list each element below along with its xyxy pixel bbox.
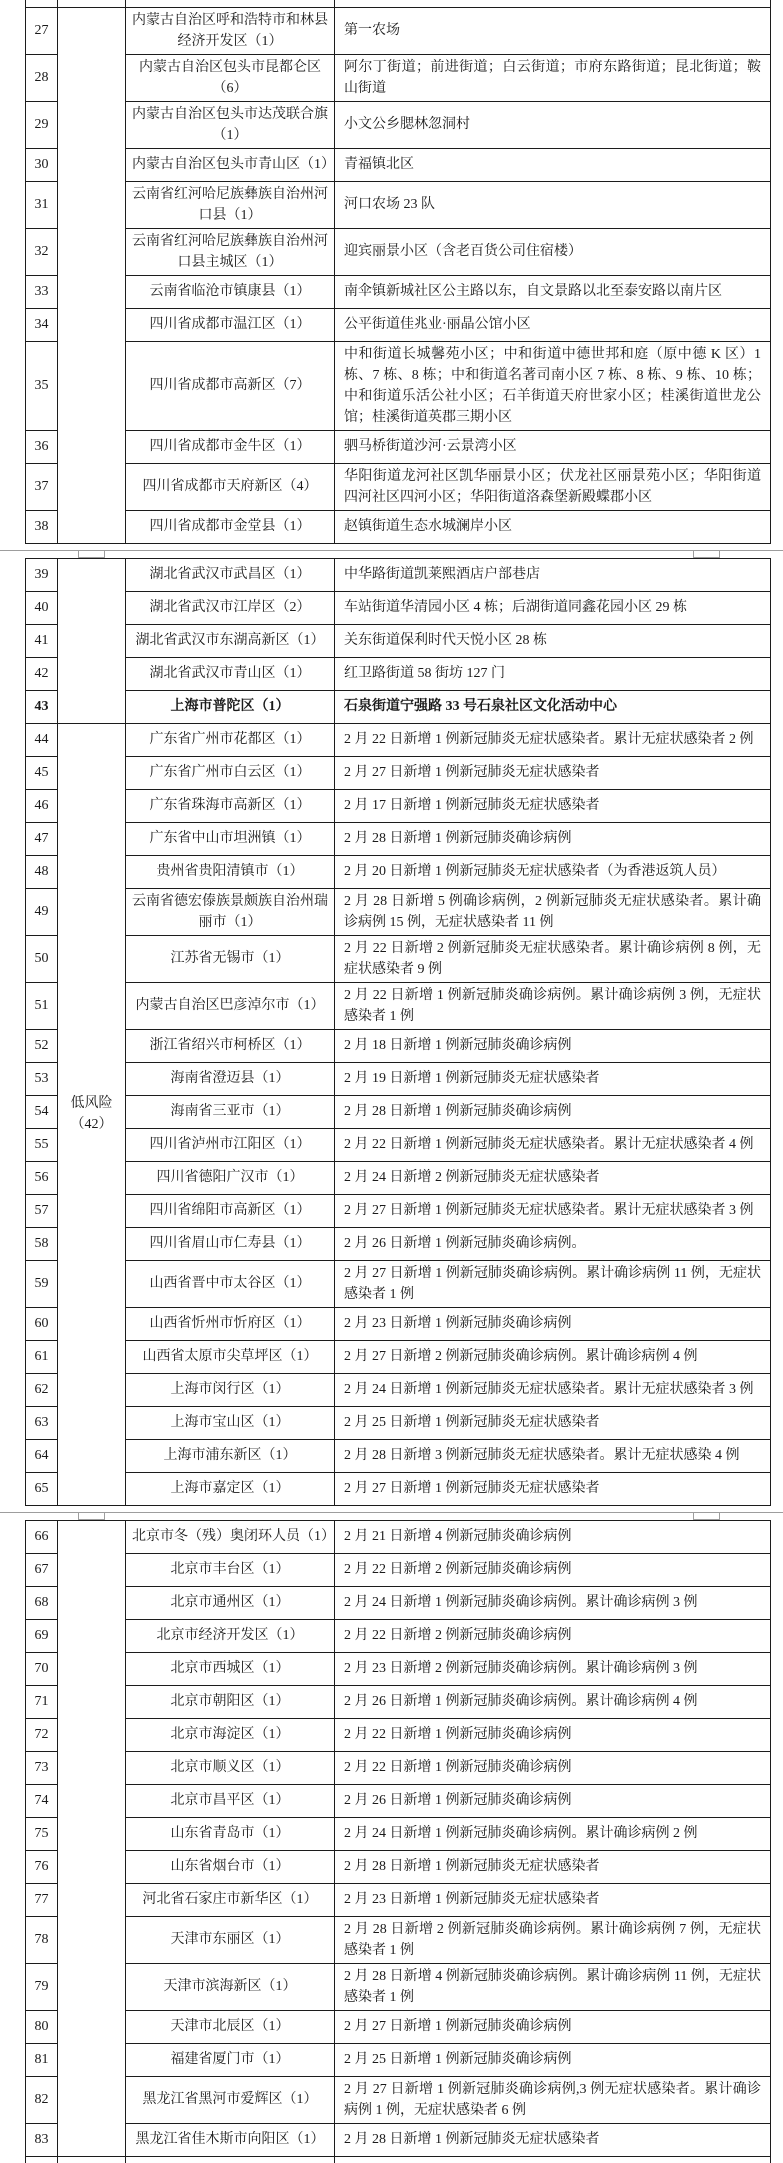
detail-cell: 2 月 24 日新增 1 例新冠肺炎确诊病例。累计确诊病例 3 例 [335,1586,771,1619]
row-number-cell: 35 [26,341,58,430]
area-name-cell: 天津市滨海新区（1） [126,1963,335,2010]
table-row: 52浙江省绍兴市柯桥区（1）2 月 18 日新增 1 例新冠肺炎确诊病例 [26,1029,771,1062]
partial-detail-cell [335,2156,771,2163]
detail-cell: 2 月 27 日新增 1 例新冠肺炎无症状感染者 [335,756,771,789]
table-row: 36四川省成都市金牛区（1）驷马桥街道沙河·云景湾小区 [26,430,771,463]
table-row: 69北京市经济开发区（1）2 月 22 日新增 2 例新冠肺炎确诊病例 [26,1619,771,1652]
detail-cell: 石泉街道宁强路 33 号石泉社区文化活动中心 [335,690,771,723]
detail-cell: 2 月 23 日新增 1 例新冠肺炎无症状感染者 [335,1883,771,1916]
area-name-cell: 北京市海淀区（1） [126,1718,335,1751]
detail-cell: 2 月 21 日新增 4 例新冠肺炎确诊病例 [335,1520,771,1553]
table-row: 82黑龙江省黑河市爱辉区（1）2 月 27 日新增 1 例新冠肺炎确诊病例,3 … [26,2076,771,2123]
table-row: 49云南省德宏傣族景颇族自治州瑞丽市（1）2 月 28 日新增 5 例确诊病例，… [26,888,771,935]
table-row: 54海南省三亚市（1）2 月 28 日新增 1 例新冠肺炎确诊病例 [26,1095,771,1128]
detail-cell: 2 月 27 日新增 1 例新冠肺炎无症状感染者。累计无症状感染者 3 例 [335,1194,771,1227]
area-name-cell: 四川省成都市天府新区（4） [126,463,335,510]
row-number-cell: 74 [26,1784,58,1817]
area-name-cell: 湖北省武汉市江岸区（2） [126,591,335,624]
row-number-cell: 36 [26,430,58,463]
row-number-cell: 77 [26,1883,58,1916]
row-number-cell: 80 [26,2010,58,2043]
area-name-cell: 内蒙古自治区包头市青山区（1） [126,148,335,181]
risk-category-cell [58,7,126,543]
row-number-cell: 52 [26,1029,58,1062]
table-row: 55四川省泸州市江阳区（1）2 月 22 日新增 1 例新冠肺炎无症状感染者。累… [26,1128,771,1161]
table-row: 38四川省成都市金堂县（1）赵镇街道生态水城澜岸小区 [26,510,771,543]
partial-area-name-cell [126,0,335,7]
area-name-cell: 黑龙江省黑河市爱辉区（1） [126,2076,335,2123]
detail-cell: 2 月 22 日新增 2 例新冠肺炎确诊病例 [335,1553,771,1586]
table-row: 45广东省广州市白云区（1）2 月 27 日新增 1 例新冠肺炎无症状感染者 [26,756,771,789]
table-row: 41湖北省武汉市东湖高新区（1）关东街道保利时代天悦小区 28 栋 [26,624,771,657]
detail-cell: 河口农场 23 队 [335,181,771,228]
detail-cell: 2 月 28 日新增 1 例新冠肺炎无症状感染者 [335,1850,771,1883]
risk-category-cell: 低风险（42） [58,723,126,1505]
detail-cell: 车站街道华清园小区 4 栋；后湖街道同鑫花园小区 29 栋 [335,591,771,624]
partial-row-below [26,2156,771,2163]
risk-category-cell [58,558,126,723]
table-row: 39湖北省武汉市武昌区（1）中华路街道凯莱熙酒店户部巷店 [26,558,771,591]
table-row: 61山西省太原市尖草坪区（1）2 月 27 日新增 2 例新冠肺炎确诊病例。累计… [26,1340,771,1373]
detail-cell: 2 月 28 日新增 3 例新冠肺炎无症状感染者。累计无症状感染 4 例 [335,1439,771,1472]
risk-category-cell [58,1520,126,2156]
page-break [0,1506,783,1520]
row-number-cell: 76 [26,1850,58,1883]
detail-cell: 2 月 28 日新增 4 例新冠肺炎确诊病例。累计确诊病例 11 例，无症状感染… [335,1963,771,2010]
table-row: 60山西省忻州市忻府区（1）2 月 23 日新增 1 例新冠肺炎确诊病例 [26,1307,771,1340]
row-number-cell: 53 [26,1062,58,1095]
table-row: 40湖北省武汉市江岸区（2）车站街道华清园小区 4 栋；后湖街道同鑫花园小区 2… [26,591,771,624]
area-name-cell: 江苏省无锡市（1） [126,935,335,982]
area-name-cell: 上海市浦东新区（1） [126,1439,335,1472]
row-number-cell: 27 [26,7,58,54]
area-name-cell: 贵州省贵阳清镇市（1） [126,855,335,888]
partial-category-cell [58,0,126,7]
area-name-cell: 山西省太原市尖草坪区（1） [126,1340,335,1373]
row-number-cell: 31 [26,181,58,228]
row-number-cell: 49 [26,888,58,935]
page-margin-marker-right [693,551,720,558]
row-number-cell: 48 [26,855,58,888]
detail-cell: 2 月 26 日新增 1 例新冠肺炎确诊病例 [335,1784,771,1817]
row-number-cell: 68 [26,1586,58,1619]
table-row: 73北京市顺义区（1）2 月 22 日新增 1 例新冠肺炎确诊病例 [26,1751,771,1784]
table-row: 70北京市西城区（1）2 月 23 日新增 2 例新冠肺炎确诊病例。累计确诊病例… [26,1652,771,1685]
area-name-cell: 上海市普陀区（1） [126,690,335,723]
area-name-cell: 海南省澄迈县（1） [126,1062,335,1095]
area-name-cell: 福建省厦门市（1） [126,2043,335,2076]
row-number-cell: 40 [26,591,58,624]
row-number-cell: 78 [26,1916,58,1963]
row-number-cell: 56 [26,1161,58,1194]
row-number-cell: 54 [26,1095,58,1128]
area-name-cell: 北京市朝阳区（1） [126,1685,335,1718]
row-number-cell: 83 [26,2123,58,2156]
row-number-cell: 63 [26,1406,58,1439]
area-name-cell: 四川省成都市金堂县（1） [126,510,335,543]
row-number-cell: 69 [26,1619,58,1652]
table-row: 30内蒙古自治区包头市青山区（1）青福镇北区 [26,148,771,181]
row-number-cell: 71 [26,1685,58,1718]
detail-cell: 2 月 24 日新增 1 例新冠肺炎无症状感染者。累计无症状感染者 3 例 [335,1373,771,1406]
table-row: 75山东省青岛市（1）2 月 24 日新增 1 例新冠肺炎确诊病例。累计确诊病例… [26,1817,771,1850]
detail-cell: 2 月 26 日新增 1 例新冠肺炎确诊病例。 [335,1227,771,1260]
table-row: 42湖北省武汉市青山区（1）红卫路街道 58 街坊 127 门 [26,657,771,690]
area-name-cell: 云南省德宏傣族景颇族自治州瑞丽市（1） [126,888,335,935]
table-row: 62上海市闵行区（1）2 月 24 日新增 1 例新冠肺炎无症状感染者。累计无症… [26,1373,771,1406]
page-margin-marker-right [693,1513,720,1520]
area-name-cell: 湖北省武汉市武昌区（1） [126,558,335,591]
detail-cell: 2 月 27 日新增 1 例新冠肺炎无症状感染者 [335,1472,771,1505]
table-row: 79天津市滨海新区（1）2 月 28 日新增 4 例新冠肺炎确诊病例。累计确诊病… [26,1963,771,2010]
area-name-cell: 天津市北辰区（1） [126,2010,335,2043]
area-name-cell: 广东省广州市花都区（1） [126,723,335,756]
area-name-cell: 上海市嘉定区（1） [126,1472,335,1505]
risk-area-table-section-2: 39湖北省武汉市武昌区（1）中华路街道凯莱熙酒店户部巷店40湖北省武汉市江岸区（… [25,558,771,1506]
table-row: 74北京市昌平区（1）2 月 26 日新增 1 例新冠肺炎确诊病例 [26,1784,771,1817]
table-row: 59山西省晋中市太谷区（1）2 月 27 日新增 1 例新冠肺炎确诊病例。累计确… [26,1260,771,1307]
detail-cell: 公平街道佳兆业·丽晶公馆小区 [335,308,771,341]
row-number-cell: 60 [26,1307,58,1340]
detail-cell: 2 月 28 日新增 1 例新冠肺炎确诊病例 [335,1095,771,1128]
page-margin-marker-left [78,1513,105,1520]
detail-cell: 青福镇北区 [335,148,771,181]
table-row: 65上海市嘉定区（1）2 月 27 日新增 1 例新冠肺炎无症状感染者 [26,1472,771,1505]
partial-area-name-cell [126,2156,335,2163]
area-name-cell: 湖北省武汉市东湖高新区（1） [126,624,335,657]
area-name-cell: 四川省成都市温江区（1） [126,308,335,341]
row-number-cell: 43 [26,690,58,723]
area-name-cell: 四川省成都市金牛区（1） [126,430,335,463]
detail-cell: 中和街道长城馨苑小区；中和街道中德世邦和庭（原中德 K 区）1 栋、7 栋、8 … [335,341,771,430]
area-name-cell: 北京市昌平区（1） [126,1784,335,1817]
detail-cell: 2 月 28 日新增 1 例新冠肺炎确诊病例 [335,822,771,855]
risk-area-table-section-1: 27内蒙古自治区呼和浩特市和林县经济开发区（1）第一农场28内蒙古自治区包头市昆… [25,0,771,544]
table-row: 68北京市通州区（1）2 月 24 日新增 1 例新冠肺炎确诊病例。累计确诊病例… [26,1586,771,1619]
area-name-cell: 内蒙古自治区呼和浩特市和林县经济开发区（1） [126,7,335,54]
table-row: 76山东省烟台市（1）2 月 28 日新增 1 例新冠肺炎无症状感染者 [26,1850,771,1883]
row-number-cell: 50 [26,935,58,982]
table-row: 77河北省石家庄市新华区（1）2 月 23 日新增 1 例新冠肺炎无症状感染者 [26,1883,771,1916]
detail-cell: 2 月 28 日新增 5 例确诊病例，2 例新冠肺炎无症状感染者。累计确诊病例 … [335,888,771,935]
area-name-cell: 湖北省武汉市青山区（1） [126,657,335,690]
area-name-cell: 山西省晋中市太谷区（1） [126,1260,335,1307]
detail-cell: 2 月 25 日新增 1 例新冠肺炎确诊病例 [335,2043,771,2076]
detail-cell: 2 月 23 日新增 1 例新冠肺炎确诊病例 [335,1307,771,1340]
table-row: 80天津市北辰区（1）2 月 27 日新增 1 例新冠肺炎确诊病例 [26,2010,771,2043]
row-number-cell: 29 [26,101,58,148]
table-row: 83黑龙江省佳木斯市向阳区（1）2 月 28 日新增 1 例新冠肺炎无症状感染者 [26,2123,771,2156]
page-break [0,544,783,558]
detail-cell: 南伞镇新城社区公主路以东，自文景路以北至泰安路以南片区 [335,275,771,308]
area-name-cell: 北京市西城区（1） [126,1652,335,1685]
row-number-cell: 38 [26,510,58,543]
row-number-cell: 45 [26,756,58,789]
risk-category-label: 低风险 [61,1093,122,1114]
row-number-cell: 59 [26,1260,58,1307]
table-row: 67北京市丰台区（1）2 月 22 日新增 2 例新冠肺炎确诊病例 [26,1553,771,1586]
risk-area-table-section-3: 66北京市冬（残）奥闭环人员（1）2 月 21 日新增 4 例新冠肺炎确诊病例6… [25,1520,771,2163]
detail-cell: 2 月 22 日新增 1 例新冠肺炎确诊病例 [335,1718,771,1751]
row-number-cell: 34 [26,308,58,341]
row-number-cell: 46 [26,789,58,822]
detail-cell: 2 月 28 日新增 2 例新冠肺炎确诊病例。累计确诊病例 7 例，无症状感染者… [335,1916,771,1963]
area-name-cell: 海南省三亚市（1） [126,1095,335,1128]
detail-cell: 2 月 23 日新增 2 例新冠肺炎确诊病例。累计确诊病例 3 例 [335,1652,771,1685]
area-name-cell: 黑龙江省佳木斯市向阳区（1） [126,2123,335,2156]
area-name-cell: 内蒙古自治区巴彦淖尔市（1） [126,982,335,1029]
row-number-cell: 70 [26,1652,58,1685]
row-number-cell: 82 [26,2076,58,2123]
detail-cell: 2 月 17 日新增 1 例新冠肺炎无症状感染者 [335,789,771,822]
row-number-cell: 37 [26,463,58,510]
row-number-cell: 73 [26,1751,58,1784]
table-row: 57四川省绵阳市高新区（1）2 月 27 日新增 1 例新冠肺炎无症状感染者。累… [26,1194,771,1227]
page-break-line [0,550,783,551]
partial-row-number-cell [26,2156,58,2163]
table-row: 32云南省红河哈尼族彝族自治州河口县主城区（1）迎宾丽景小区（含老百货公司住宿楼… [26,228,771,275]
area-name-cell: 四川省成都市高新区（7） [126,341,335,430]
table-row: 29内蒙古自治区包头市达茂联合旗（1）小文公乡腮林忽洞村 [26,101,771,148]
partial-row-number-cell [26,0,58,7]
detail-cell: 驷马桥街道沙河·云景湾小区 [335,430,771,463]
detail-cell: 2 月 27 日新增 2 例新冠肺炎确诊病例。累计确诊病例 4 例 [335,1340,771,1373]
detail-cell: 2 月 18 日新增 1 例新冠肺炎确诊病例 [335,1029,771,1062]
detail-cell: 红卫路街道 58 街坊 127 门 [335,657,771,690]
detail-cell: 2 月 24 日新增 2 例新冠肺炎无症状感染者 [335,1161,771,1194]
table-row: 43上海市普陀区（1）石泉街道宁强路 33 号石泉社区文化活动中心 [26,690,771,723]
row-number-cell: 33 [26,275,58,308]
detail-cell: 2 月 27 日新增 1 例新冠肺炎确诊病例。累计确诊病例 11 例，无症状感染… [335,1260,771,1307]
table-row: 50江苏省无锡市（1）2 月 22 日新增 2 例新冠肺炎无症状感染者。累计确诊… [26,935,771,982]
area-name-cell: 四川省绵阳市高新区（1） [126,1194,335,1227]
detail-cell: 阿尔丁街道；前进街道；白云街道；市府东路街道；昆北街道；鞍山街道 [335,54,771,101]
table-row: 37四川省成都市天府新区（4）华阳街道龙河社区凯华丽景小区；伏龙社区丽景苑小区；… [26,463,771,510]
area-name-cell: 北京市丰台区（1） [126,1553,335,1586]
detail-cell: 2 月 22 日新增 1 例新冠肺炎无症状感染者。累计无症状感染者 2 例 [335,723,771,756]
row-number-cell: 28 [26,54,58,101]
area-name-cell: 北京市顺义区（1） [126,1751,335,1784]
row-number-cell: 47 [26,822,58,855]
row-number-cell: 30 [26,148,58,181]
table-row: 31云南省红河哈尼族彝族自治州河口县（1）河口农场 23 队 [26,181,771,228]
row-number-cell: 44 [26,723,58,756]
detail-cell: 赵镇街道生态水城澜岸小区 [335,510,771,543]
table-row: 51内蒙古自治区巴彦淖尔市（1）2 月 22 日新增 1 例新冠肺炎确诊病例。累… [26,982,771,1029]
detail-cell: 2 月 27 日新增 1 例新冠肺炎确诊病例 [335,2010,771,2043]
table-row: 44低风险（42）广东省广州市花都区（1）2 月 22 日新增 1 例新冠肺炎无… [26,723,771,756]
detail-cell: 2 月 22 日新增 1 例新冠肺炎确诊病例。累计确诊病例 3 例，无症状感染者… [335,982,771,1029]
area-name-cell: 内蒙古自治区包头市昆都仑区（6） [126,54,335,101]
table-row: 81福建省厦门市（1）2 月 25 日新增 1 例新冠肺炎确诊病例 [26,2043,771,2076]
area-name-cell: 云南省红河哈尼族彝族自治州河口县主城区（1） [126,228,335,275]
detail-cell: 2 月 28 日新增 1 例新冠肺炎无症状感染者 [335,2123,771,2156]
table-row: 46广东省珠海市高新区（1）2 月 17 日新增 1 例新冠肺炎无症状感染者 [26,789,771,822]
row-number-cell: 57 [26,1194,58,1227]
area-name-cell: 广东省中山市坦洲镇（1） [126,822,335,855]
detail-cell: 2 月 22 日新增 1 例新冠肺炎确诊病例 [335,1751,771,1784]
row-number-cell: 67 [26,1553,58,1586]
area-name-cell: 北京市通州区（1） [126,1586,335,1619]
area-name-cell: 内蒙古自治区包头市达茂联合旗（1） [126,101,335,148]
area-name-cell: 云南省临沧市镇康县（1） [126,275,335,308]
document-page: 27内蒙古自治区呼和浩特市和林县经济开发区（1）第一农场28内蒙古自治区包头市昆… [0,0,783,2163]
table-row: 27内蒙古自治区呼和浩特市和林县经济开发区（1）第一农场 [26,7,771,54]
row-number-cell: 79 [26,1963,58,2010]
detail-cell: 2 月 19 日新增 1 例新冠肺炎无症状感染者 [335,1062,771,1095]
detail-cell: 2 月 22 日新增 2 例新冠肺炎无症状感染者。累计确诊病例 8 例，无症状感… [335,935,771,982]
detail-cell: 2 月 24 日新增 1 例新冠肺炎确诊病例。累计确诊病例 2 例 [335,1817,771,1850]
risk-category-label: （42） [61,1114,122,1135]
table-row: 66北京市冬（残）奥闭环人员（1）2 月 21 日新增 4 例新冠肺炎确诊病例 [26,1520,771,1553]
detail-cell: 2 月 26 日新增 1 例新冠肺炎确诊病例。累计确诊病例 4 例 [335,1685,771,1718]
partial-detail-cell [335,0,771,7]
row-number-cell: 81 [26,2043,58,2076]
row-number-cell: 32 [26,228,58,275]
row-number-cell: 65 [26,1472,58,1505]
row-number-cell: 58 [26,1227,58,1260]
detail-cell: 2 月 25 日新增 1 例新冠肺炎无症状感染者 [335,1406,771,1439]
table-row: 35四川省成都市高新区（7）中和街道长城馨苑小区；中和街道中德世邦和庭（原中德 … [26,341,771,430]
area-name-cell: 山东省烟台市（1） [126,1850,335,1883]
detail-cell: 中华路街道凯莱熙酒店户部巷店 [335,558,771,591]
table-row: 64上海市浦东新区（1）2 月 28 日新增 3 例新冠肺炎无症状感染者。累计无… [26,1439,771,1472]
area-name-cell: 山东省青岛市（1） [126,1817,335,1850]
area-name-cell: 广东省广州市白云区（1） [126,756,335,789]
row-number-cell: 39 [26,558,58,591]
table-row: 34四川省成都市温江区（1）公平街道佳兆业·丽晶公馆小区 [26,308,771,341]
table-row: 47广东省中山市坦洲镇（1）2 月 28 日新增 1 例新冠肺炎确诊病例 [26,822,771,855]
detail-cell: 2 月 20 日新增 1 例新冠肺炎无症状感染者（为香港返筑人员） [335,855,771,888]
detail-cell: 华阳街道龙河社区凯华丽景小区；伏龙社区丽景苑小区；华阳街道四河社区四河小区；华阳… [335,463,771,510]
area-name-cell: 广东省珠海市高新区（1） [126,789,335,822]
area-name-cell: 浙江省绍兴市柯桥区（1） [126,1029,335,1062]
table-row: 72北京市海淀区（1）2 月 22 日新增 1 例新冠肺炎确诊病例 [26,1718,771,1751]
area-name-cell: 云南省红河哈尼族彝族自治州河口县（1） [126,181,335,228]
area-name-cell: 河北省石家庄市新华区（1） [126,1883,335,1916]
detail-cell: 2 月 22 日新增 2 例新冠肺炎确诊病例 [335,1619,771,1652]
row-number-cell: 66 [26,1520,58,1553]
row-number-cell: 41 [26,624,58,657]
detail-cell: 关东街道保利时代天悦小区 28 栋 [335,624,771,657]
row-number-cell: 72 [26,1718,58,1751]
table-row: 58四川省眉山市仁寿县（1）2 月 26 日新增 1 例新冠肺炎确诊病例。 [26,1227,771,1260]
area-name-cell: 四川省眉山市仁寿县（1） [126,1227,335,1260]
detail-cell: 2 月 22 日新增 1 例新冠肺炎无症状感染者。累计无症状感染者 4 例 [335,1128,771,1161]
table-row: 71北京市朝阳区（1）2 月 26 日新增 1 例新冠肺炎确诊病例。累计确诊病例… [26,1685,771,1718]
detail-cell: 迎宾丽景小区（含老百货公司住宿楼） [335,228,771,275]
row-number-cell: 64 [26,1439,58,1472]
row-number-cell: 75 [26,1817,58,1850]
area-name-cell: 山西省忻州市忻府区（1） [126,1307,335,1340]
table-row: 48贵州省贵阳清镇市（1）2 月 20 日新增 1 例新冠肺炎无症状感染者（为香… [26,855,771,888]
row-number-cell: 55 [26,1128,58,1161]
detail-cell: 2 月 27 日新增 1 例新冠肺炎确诊病例,3 例无症状感染者。累计确诊病例 … [335,2076,771,2123]
table-row: 63上海市宝山区（1）2 月 25 日新增 1 例新冠肺炎无症状感染者 [26,1406,771,1439]
partial-category-cell [58,2156,126,2163]
table-row: 78天津市东丽区（1）2 月 28 日新增 2 例新冠肺炎确诊病例。累计确诊病例… [26,1916,771,1963]
table-row: 33云南省临沧市镇康县（1）南伞镇新城社区公主路以东，自文景路以北至泰安路以南片… [26,275,771,308]
table-row: 56四川省德阳广汉市（1）2 月 24 日新增 2 例新冠肺炎无症状感染者 [26,1161,771,1194]
page-break-line [0,1512,783,1513]
row-number-cell: 51 [26,982,58,1029]
row-number-cell: 61 [26,1340,58,1373]
detail-cell: 小文公乡腮林忽洞村 [335,101,771,148]
area-name-cell: 北京市经济开发区（1） [126,1619,335,1652]
area-name-cell: 天津市东丽区（1） [126,1916,335,1963]
row-number-cell: 62 [26,1373,58,1406]
page-margin-marker-left [78,551,105,558]
partial-row-above [26,0,771,7]
area-name-cell: 上海市闵行区（1） [126,1373,335,1406]
table-row: 53海南省澄迈县（1）2 月 19 日新增 1 例新冠肺炎无症状感染者 [26,1062,771,1095]
row-number-cell: 42 [26,657,58,690]
detail-cell: 第一农场 [335,7,771,54]
area-name-cell: 四川省德阳广汉市（1） [126,1161,335,1194]
area-name-cell: 北京市冬（残）奥闭环人员（1） [126,1520,335,1553]
area-name-cell: 四川省泸州市江阳区（1） [126,1128,335,1161]
table-row: 28内蒙古自治区包头市昆都仑区（6）阿尔丁街道；前进街道；白云街道；市府东路街道… [26,54,771,101]
area-name-cell: 上海市宝山区（1） [126,1406,335,1439]
